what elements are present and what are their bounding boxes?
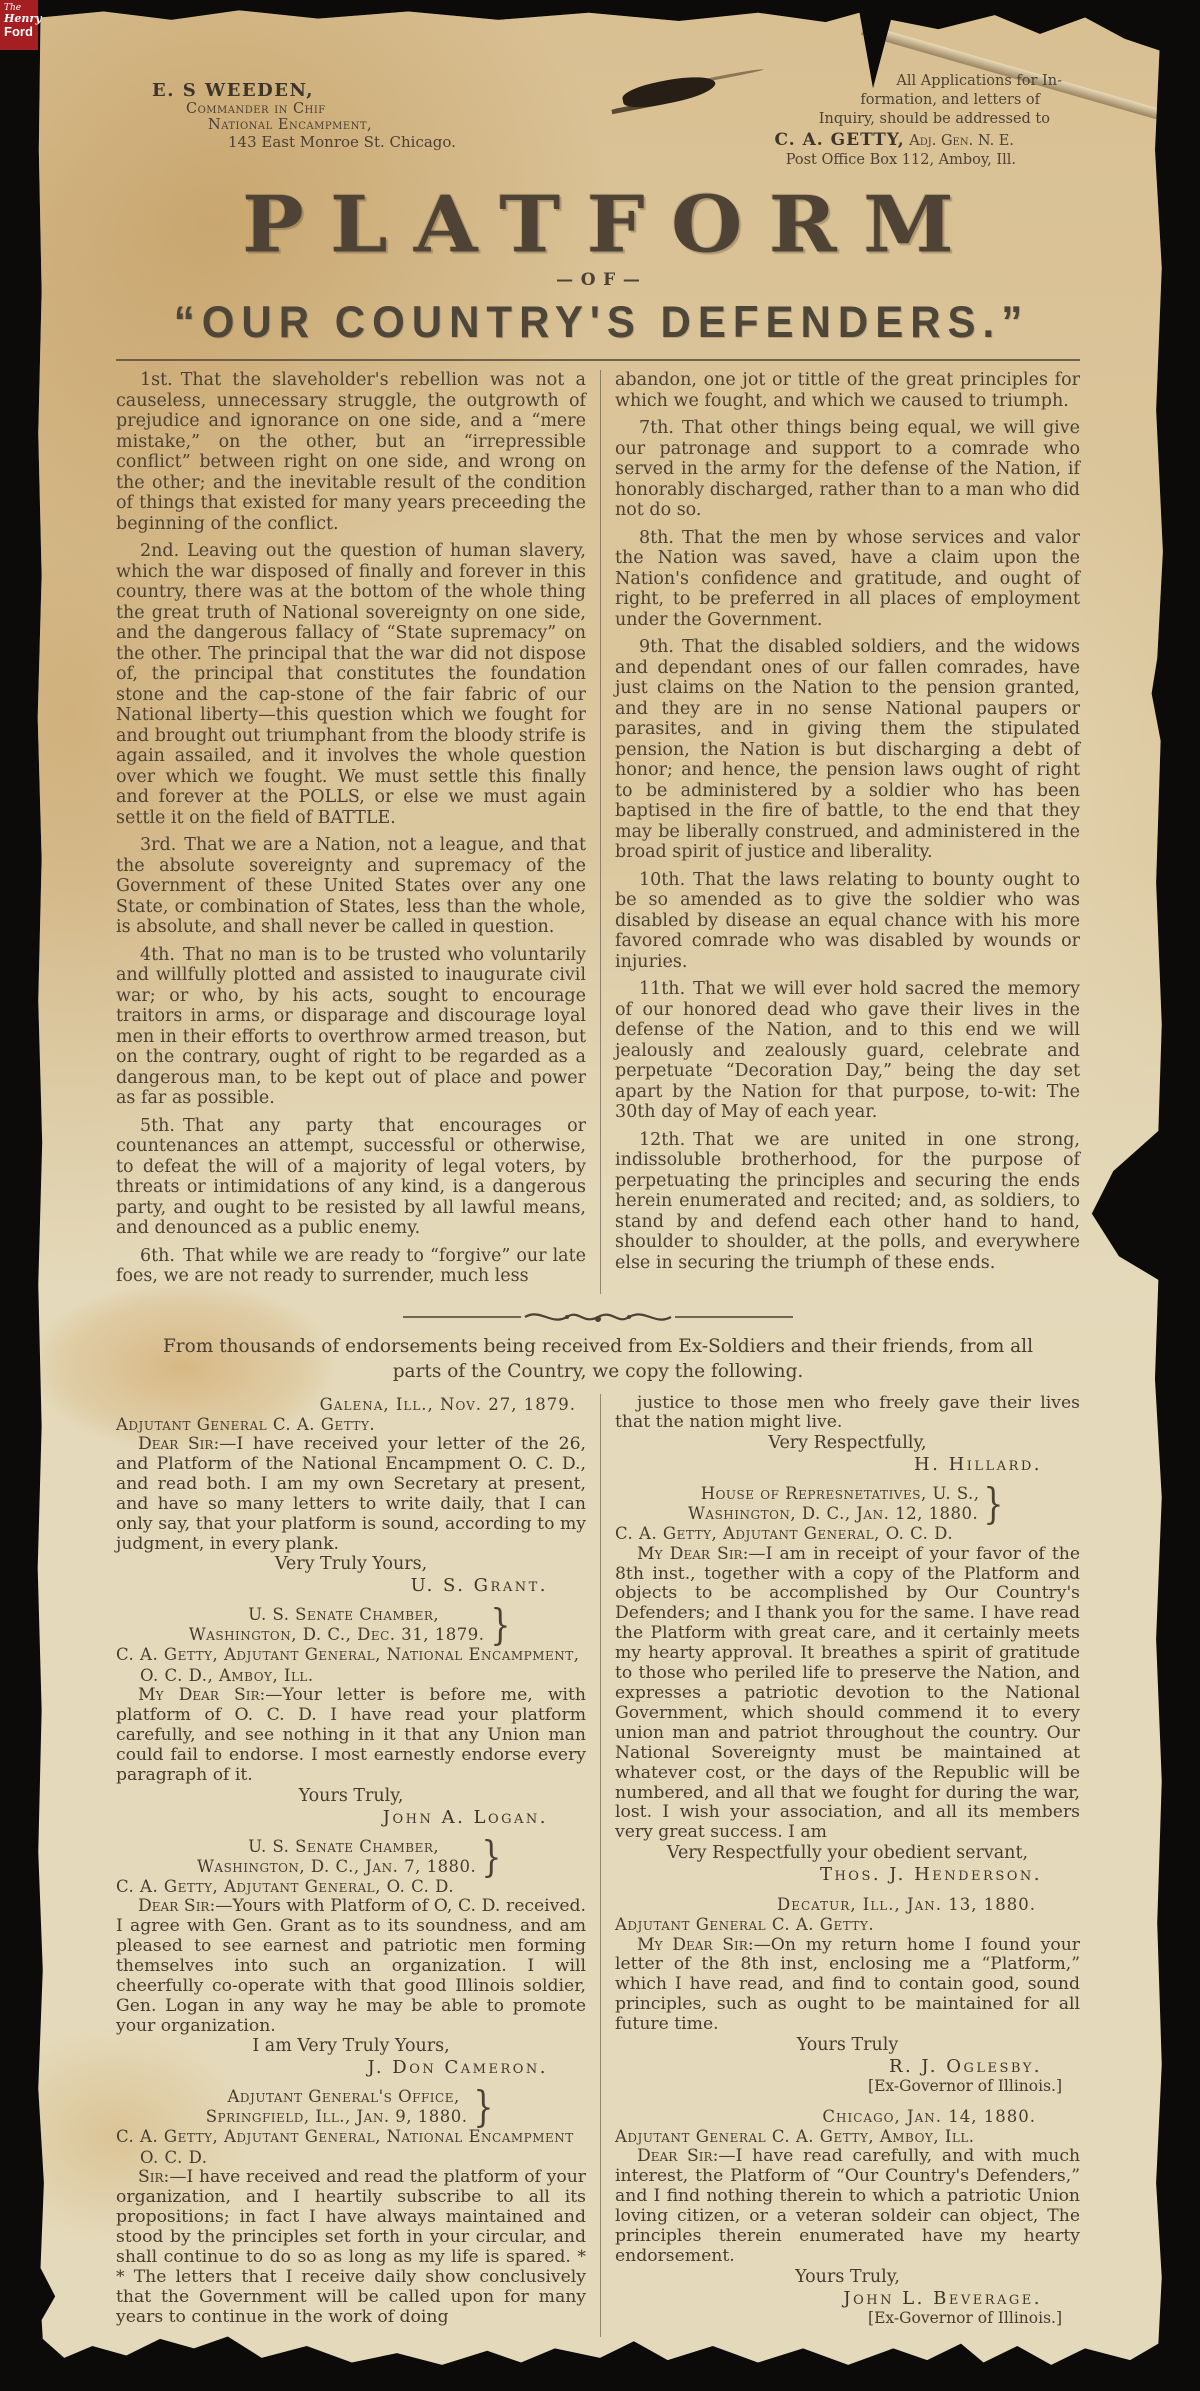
- letter-closing: Yours Truly: [615, 2036, 1080, 2056]
- letter-dateline: House of Represnetatives, U. S., Washing…: [615, 1484, 1080, 1524]
- dateline-office: U. S. Senate Chamber,: [204, 1837, 483, 1857]
- masthead: E. S WEEDEN, Commander in Chif National …: [116, 72, 1080, 168]
- plank-text: That any party that encourages or counte…: [116, 1116, 586, 1239]
- contact-note-line: All Applications for In-: [775, 72, 1063, 91]
- letter-closing: Yours Truly,: [116, 1787, 586, 1807]
- endorsement-letter-oglesby: Decatur, Ill., Jan. 13, 1880. Adjutant G…: [615, 1894, 1080, 2097]
- letter-signature: Thos. J. Henderson.: [615, 1865, 1080, 1885]
- letter-signature: John L. Beverage.: [615, 2289, 1080, 2309]
- letter-addressee: C. A. Getty, Adjutant General, National …: [116, 2127, 586, 2168]
- platform-plank: 4th.That no man is to be trusted who vol…: [116, 945, 586, 1109]
- platform-plank: 9th.That the disabled soldiers, and the …: [615, 637, 1080, 863]
- endorsement-letter-henderson: House of Represnetatives, U. S., Washing…: [615, 1484, 1080, 1885]
- letter-body: Dear Sir:—I have received your letter of…: [116, 1435, 586, 1554]
- endorsement-letter-springfield: Adjutant General's Office, Springfield, …: [116, 2087, 586, 2327]
- letter-salutation: Dear Sir:—: [138, 1896, 232, 1916]
- letter-body-text: I am in receipt of your favor of the 8th…: [615, 1544, 1080, 1843]
- letter-signature: John A. Logan.: [116, 1808, 586, 1828]
- letter-body-text: Yours with Platform of O, C. D. received…: [116, 1896, 586, 2035]
- henry-ford-logo: The Henry Ford: [0, 0, 38, 50]
- plank-text: That the disabled soldiers, and the wido…: [615, 637, 1080, 862]
- plank-text: That we are a Nation, not a league, and …: [116, 835, 586, 937]
- letter-dateline: Adjutant General's Office, Springfield, …: [116, 2087, 586, 2127]
- brace-ornament: }: [490, 1615, 510, 1635]
- letter-closing: Yours Truly,: [615, 2268, 1080, 2288]
- plank-number: 10th.: [639, 870, 685, 890]
- logo-text: Ford: [4, 25, 36, 39]
- adjutant-name: C. A. GETTY,: [775, 130, 905, 150]
- letters-columns: Galena, Ill., Nov. 27, 1879. Adjutant Ge…: [116, 1394, 1080, 2338]
- subtitle: “OUR COUNTRY'S DEFENDERS.”: [116, 297, 1080, 348]
- letter-body: Dear Sir:—I have read carefully, and wit…: [615, 2147, 1080, 2266]
- letter-addressee: C. A. Getty, Adjutant General, O. C. D.: [116, 1877, 586, 1898]
- brace-ornament: }: [482, 1847, 502, 1867]
- dateline-lines: U. S. Senate Chamber, Washington, D. C.,…: [189, 1605, 485, 1645]
- dateline-lines: U. S. Senate Chamber, Washington, D. C.,…: [197, 1837, 476, 1877]
- title-of-line: —OF—: [116, 270, 1080, 290]
- commander-name: E. S WEEDEN,: [152, 80, 456, 101]
- platform-column-left: 1st.That the slaveholder's rebellion was…: [116, 370, 586, 1294]
- divider-line: [675, 1316, 793, 1318]
- plank-text: That other things being equal, we will g…: [615, 418, 1080, 520]
- letter-addressee: C. A. Getty, Adjutant General, National …: [116, 1645, 586, 1686]
- letter-body-text: I have received and read the platform of…: [116, 2167, 586, 2326]
- dateline-place: Washington, D. C., Jan. 7, 1880.: [197, 1857, 476, 1877]
- contact-block: All Applications for In- formation, and …: [775, 72, 1063, 169]
- platform-plank: 12th.That we are united in one strong, i…: [615, 1130, 1080, 1274]
- plank-continuation: abandon, one jot or tittle of the great …: [615, 370, 1080, 411]
- letter-salutation: Dear Sir:—: [637, 2146, 736, 2166]
- plank-text: That we are united in one strong, indiss…: [615, 1130, 1080, 1273]
- contact-note-line: formation, and letters of: [775, 91, 1041, 110]
- dateline-office: House of Represnetatives, U. S.,: [695, 1484, 985, 1504]
- letters-column-right: justice to those men who freely gave the…: [600, 1394, 1080, 2338]
- dateline-place: Washington, D. C., Dec. 31, 1879.: [189, 1625, 485, 1645]
- endorsement-letter-cameron: U. S. Senate Chamber, Washington, D. C.,…: [116, 1837, 586, 2079]
- endorsements-intro: From thousands of endorsements being rec…: [158, 1334, 1038, 1384]
- plank-number: 11th.: [639, 979, 685, 999]
- platform-plank: 11th.That we will ever hold sacred the m…: [615, 979, 1080, 1123]
- broadside-document: E. S WEEDEN, Commander in Chif National …: [36, 8, 1164, 2372]
- post-office-address: Post Office Box 112, Amboy, Ill.: [775, 151, 1017, 170]
- plank-text: That while we are ready to “forgive” our…: [116, 1246, 586, 1287]
- contact-note-line: Inquiry, should be addressed to: [775, 110, 1051, 129]
- page-title: PLATFORM: [116, 186, 1080, 264]
- divider-flourish-icon: [523, 1306, 673, 1328]
- platform-plank: 5th.That any party that encourages or co…: [116, 1116, 586, 1239]
- letter-body: Dear Sir:—Yours with Platform of O, C. D…: [116, 1897, 586, 2036]
- letter-salutation: My Dear Sir:—: [138, 1685, 282, 1705]
- letter-body: My Dear Sir:—On my return home I found y…: [615, 1936, 1080, 2036]
- letter-signature: J. Don Cameron.: [116, 2058, 586, 2078]
- platform-plank: 3rd.That we are a Nation, not a league, …: [116, 835, 586, 938]
- platform-column-right: abandon, one jot or tittle of the great …: [600, 370, 1080, 1294]
- letter-dateline: Galena, Ill., Nov. 27, 1879.: [116, 1394, 586, 1415]
- dateline-office: U. S. Senate Chamber,: [196, 1605, 492, 1625]
- endorsement-letter-beverage: Chicago, Jan. 14, 1880. Adjutant General…: [615, 2106, 1080, 2329]
- divider-line: [403, 1316, 521, 1318]
- endorsement-letter-logan: U. S. Senate Chamber, Washington, D. C.,…: [116, 1605, 586, 1827]
- platform-plank: 2nd.Leaving out the question of human sl…: [116, 541, 586, 828]
- plank-number: 4th.: [140, 945, 175, 965]
- plank-number: 9th.: [639, 637, 674, 657]
- commander-title: Commander in Chif: [186, 101, 456, 117]
- document-content: E. S WEEDEN, Commander in Chif National …: [36, 8, 1164, 2372]
- letter-signature: U. S. Grant.: [116, 1576, 586, 1596]
- letter-note: [Ex-Governor of Illinois.]: [615, 2309, 1080, 2329]
- adjutant-name-line: C. A. GETTY, Adj. Gen. N. E.: [775, 129, 1015, 151]
- plank-text: That the slaveholder's rebellion was not…: [116, 370, 586, 534]
- plank-number: 1st.: [140, 370, 173, 390]
- issuer-block: E. S WEEDEN, Commander in Chif National …: [152, 80, 456, 151]
- plank-number: 2nd.: [140, 541, 179, 561]
- letter-closing: Very Respectfully,: [615, 1434, 1080, 1454]
- letter-salutation: My Dear Sir:—: [637, 1935, 771, 1955]
- letter-dateline: Decatur, Ill., Jan. 13, 1880.: [615, 1894, 1080, 1915]
- street-address: 143 East Monroe St. Chicago.: [228, 133, 456, 151]
- plank-number: 5th.: [140, 1116, 175, 1136]
- plank-number: 6th.: [140, 1246, 175, 1266]
- letter-body: Sir:—I have received and read the platfo…: [116, 2168, 586, 2327]
- letter-closing: Very Truly Yours,: [116, 1555, 586, 1575]
- dateline-office: Adjutant General's Office,: [213, 2087, 475, 2107]
- letter-salutation: Sir:—: [138, 2167, 187, 2187]
- platform-plank: 6th.That while we are ready to “forgive”…: [116, 1246, 586, 1287]
- letter-signature: H. Hillard.: [615, 1455, 1080, 1475]
- brace-ornament: }: [984, 1494, 1004, 1514]
- platform-plank: 10th.That the laws relating to bounty ou…: [615, 870, 1080, 973]
- plank-number: 12th.: [639, 1130, 685, 1150]
- plank-number: 7th.: [639, 418, 674, 438]
- brace-ornament: }: [473, 2097, 493, 2117]
- letter-body: My Dear Sir:—Your letter is before me, w…: [116, 1686, 586, 1786]
- letter-signature: R. J. Oglesby.: [615, 2057, 1080, 2077]
- dateline-lines: Adjutant General's Office, Springfield, …: [206, 2087, 468, 2127]
- letter-addressee: C. A. Getty, Adjutant General, O. C. D.: [615, 1524, 1080, 1545]
- dateline-place: Washington, D. C., Jan. 12, 1880.: [688, 1504, 978, 1524]
- endorsement-letter-hillard-end: justice to those men who freely gave the…: [615, 1394, 1080, 1476]
- section-divider: [116, 1306, 1080, 1328]
- letter-body: My Dear Sir:—I am in receipt of your fav…: [615, 1545, 1080, 1844]
- platform-plank: 7th.That other things being equal, we wi…: [615, 418, 1080, 521]
- letter-salutation: Dear Sir:—: [138, 1434, 236, 1454]
- platform-plank: 8th.That the men by whose services and v…: [615, 528, 1080, 631]
- letter-dateline: U. S. Senate Chamber, Washington, D. C.,…: [116, 1837, 586, 1877]
- plank-text: That no man is to be trusted who volunta…: [116, 945, 586, 1109]
- dateline-place: Springfield, Ill., Jan. 9, 1880.: [206, 2107, 468, 2127]
- organization-name: National Encampment,: [208, 117, 456, 133]
- plank-number: 3rd.: [140, 835, 176, 855]
- letter-dateline: U. S. Senate Chamber, Washington, D. C.,…: [116, 1605, 586, 1645]
- plank-text: Leaving out the question of human slaver…: [116, 541, 586, 828]
- plank-number: 8th.: [639, 528, 674, 548]
- letter-dateline: Chicago, Jan. 14, 1880.: [615, 2106, 1080, 2127]
- letter-addressee: Adjutant General C. A. Getty.: [615, 1915, 1080, 1936]
- horizontal-rule: [116, 359, 1080, 361]
- dateline-lines: House of Represnetatives, U. S., Washing…: [688, 1484, 978, 1524]
- letter-continuation: justice to those men who freely gave the…: [615, 1394, 1080, 1434]
- letter-addressee: Adjutant General C. A. Getty, Amboy, Ill…: [615, 2127, 1080, 2148]
- platform-plank: 1st.That the slaveholder's rebellion was…: [116, 370, 586, 534]
- letter-note: [Ex-Governor of Illinois.]: [615, 2077, 1080, 2097]
- endorsement-letter-grant: Galena, Ill., Nov. 27, 1879. Adjutant Ge…: [116, 1394, 586, 1597]
- letter-closing: Very Respectfully your obedient servant,: [615, 1844, 1080, 1864]
- letters-column-left: Galena, Ill., Nov. 27, 1879. Adjutant Ge…: [116, 1394, 586, 2338]
- plank-text: That the men by whose services and valor…: [615, 528, 1080, 630]
- adjutant-rank: Adj. Gen. N. E.: [909, 133, 1014, 149]
- platform-columns: 1st.That the slaveholder's rebellion was…: [116, 370, 1080, 1294]
- letter-closing: I am Very Truly Yours,: [116, 2037, 586, 2057]
- plank-text: That we will ever hold sacred the memory…: [615, 979, 1080, 1122]
- letter-salutation: My Dear Sir:—: [637, 1544, 766, 1564]
- letter-addressee: Adjutant General C. A. Getty.: [116, 1415, 586, 1436]
